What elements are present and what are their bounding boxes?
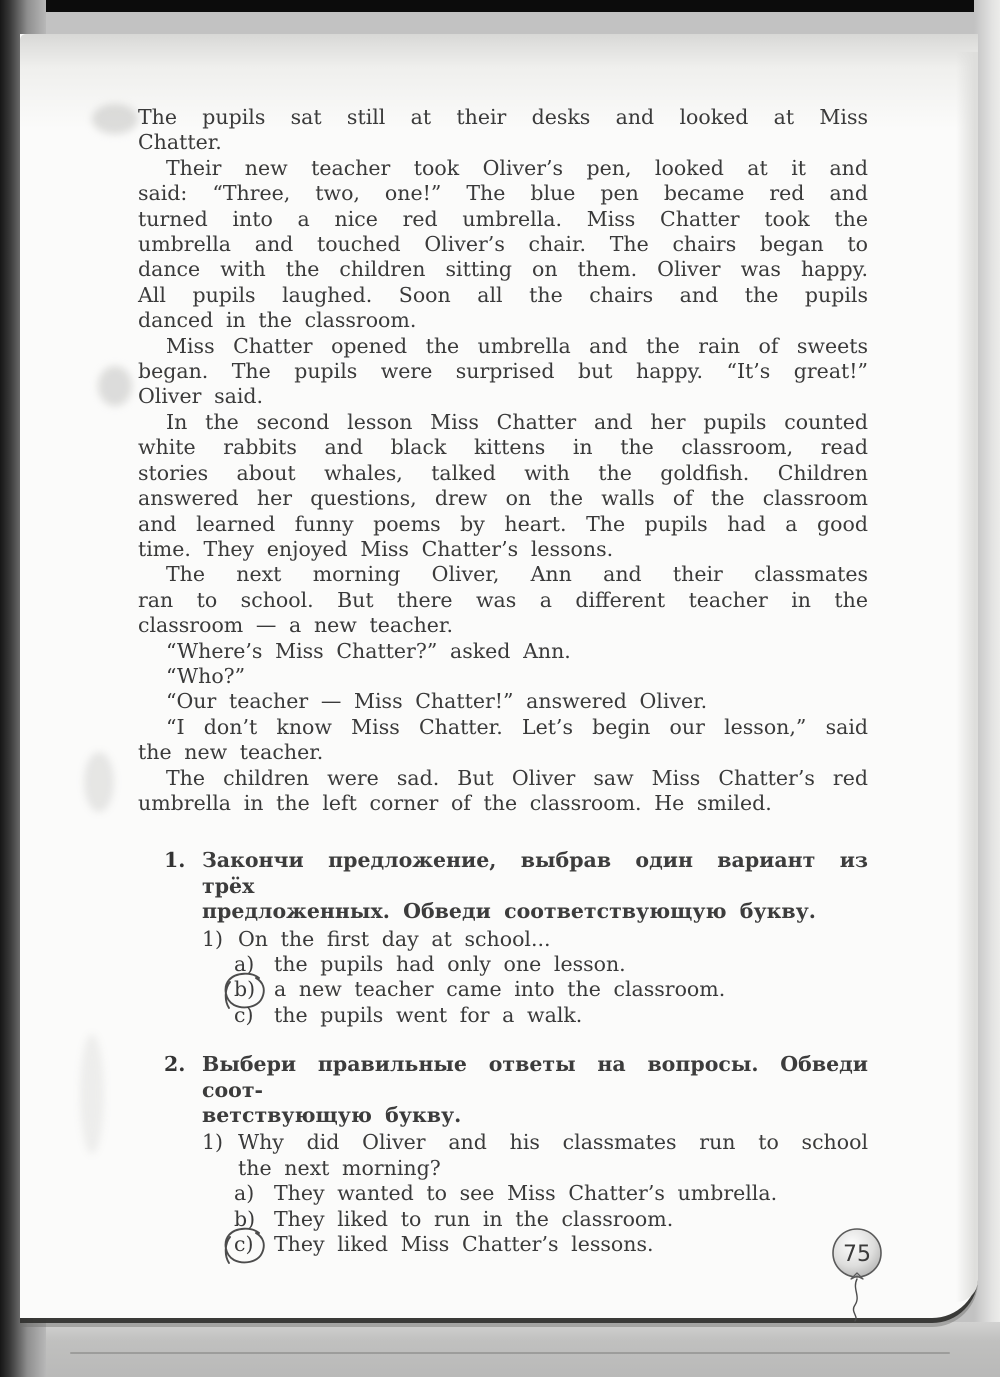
story-line: stories about whales, talked with the go…: [138, 461, 868, 486]
page-number-balloon: 75: [829, 1226, 889, 1322]
text-column: The pupils sat still at their desks and …: [138, 105, 868, 1257]
option-text: the pupils had only one lesson.: [274, 952, 868, 977]
page-number: 75: [843, 1242, 871, 1267]
story-paragraph: “I don’t know Miss Chatter. Let’s begin …: [138, 715, 868, 766]
story-line: and learned funny poems by heart. The pu…: [138, 512, 868, 537]
story-line: The children were sad. But Oliver saw Mi…: [138, 766, 868, 791]
option-letter: c): [234, 1232, 274, 1257]
exercise-number: 1.: [138, 848, 202, 1028]
option-row: a)They wanted to see Miss Chatter’s umbr…: [202, 1181, 868, 1206]
option-letter: b): [234, 977, 274, 1002]
scan-smudge: [98, 366, 132, 406]
exercise-instruction-line: ветствующую букву.: [202, 1103, 868, 1128]
exercise-instruction: Закончи предложение, выбрав один вариант…: [202, 848, 868, 924]
exercise-number: 2.: [138, 1052, 202, 1257]
story-line: white rabbits and black kittens in the c…: [138, 435, 868, 460]
question: 1)On the first day at school...: [202, 927, 868, 952]
story-line: Miss Chatter opened the umbrella and the…: [138, 334, 868, 359]
story-line: said: “Three, two, one!” The blue pen be…: [138, 181, 868, 206]
story-line: “Our teacher — Miss Chatter!” answered O…: [138, 689, 868, 714]
answer-circle-icon: [221, 1225, 271, 1269]
exercise-body: Выбери правильные ответы на вопросы. Обв…: [202, 1052, 868, 1257]
exercise: 2.Выбери правильные ответы на вопросы. О…: [138, 1052, 868, 1257]
scan-smudge: [92, 104, 138, 134]
question-line: the next morning?: [238, 1156, 868, 1181]
story-line: The next morning Oliver, Ann and their c…: [138, 562, 868, 587]
story-line: Their new teacher took Oliver’s pen, loo…: [138, 156, 868, 181]
question-body: On the first day at school...: [238, 927, 868, 952]
question-line: On the first day at school...: [238, 927, 868, 952]
scan-bottom-area: [0, 1322, 1000, 1377]
story-line: began. The pupils were surprised but hap…: [138, 359, 868, 384]
option-text: They liked Miss Chatter’s lessons.: [274, 1232, 868, 1257]
scan-smudge: [80, 1034, 104, 1154]
exercise-instruction-line: Выбери правильные ответы на вопросы. Обв…: [202, 1052, 868, 1103]
option-text: a new teacher came into the classroom.: [274, 977, 868, 1002]
option-row: c)the pupils went for a walk.: [202, 1003, 868, 1028]
exercise-body: Закончи предложение, выбрав один вариант…: [202, 848, 868, 1028]
story-line: answered her questions, drew on the wall…: [138, 486, 868, 511]
exercise-instruction-line: предложенных. Обведи соответствующую бук…: [202, 899, 868, 924]
exercise: 1.Закончи предложение, выбрав один вариа…: [138, 848, 868, 1028]
story-paragraph: The next morning Oliver, Ann and their c…: [138, 562, 868, 638]
story-line: turned into a nice red umbrella. Miss Ch…: [138, 207, 868, 232]
exercise-instruction: Выбери правильные ответы на вопросы. Обв…: [202, 1052, 868, 1128]
story-line: All pupils laughed. Soon all the chairs …: [138, 283, 868, 308]
page-stack-edge-line: [70, 1352, 950, 1354]
scan-top-strip: [0, 0, 1000, 12]
option-letter: b): [234, 1207, 274, 1232]
story-line: The pupils sat still at their desks and …: [138, 105, 868, 130]
story-paragraph: Their new teacher took Oliver’s pen, loo…: [138, 156, 868, 334]
question-body: Why did Oliver and his classmates run to…: [238, 1130, 868, 1181]
option-letter: a): [234, 1181, 274, 1206]
option-row: a)the pupils had only one lesson.: [202, 952, 868, 977]
story-line: “I don’t know Miss Chatter. Let’s begin …: [138, 715, 868, 740]
story-line: dance with the children sitting on them.…: [138, 257, 868, 282]
story-paragraph: The children were sad. But Oliver saw Mi…: [138, 766, 868, 817]
story-line: classroom — a new teacher.: [138, 613, 868, 638]
scanned-page-screenshot: The pupils sat still at their desks and …: [0, 0, 1000, 1377]
story-line: Oliver said.: [138, 384, 868, 409]
option-row: c)They liked Miss Chatter’s lessons.: [202, 1232, 868, 1257]
option-letter: c): [234, 1003, 274, 1028]
story-paragraph: “Where’s Miss Chatter?” asked Ann.: [138, 639, 868, 664]
question-number: 1): [202, 927, 238, 952]
story-line: “Where’s Miss Chatter?” asked Ann.: [138, 639, 868, 664]
option-row: b)They liked to run in the classroom.: [202, 1207, 868, 1232]
option-text: They liked to run in the classroom.: [274, 1207, 868, 1232]
page-right-shadow: [956, 52, 978, 1302]
story-line: Chatter.: [138, 130, 868, 155]
story-paragraph: The pupils sat still at their desks and …: [138, 105, 868, 156]
story-paragraph: Miss Chatter opened the umbrella and the…: [138, 334, 868, 410]
story-paragraph: In the second lesson Miss Chatter and he…: [138, 410, 868, 562]
book-page: The pupils sat still at their desks and …: [20, 34, 978, 1318]
option-text: They wanted to see Miss Chatter’s umbrel…: [274, 1181, 868, 1206]
exercise-instruction-line: Закончи предложение, выбрав один вариант…: [202, 848, 868, 899]
story-line: ran to school. But there was a different…: [138, 588, 868, 613]
story-line: danced in the classroom.: [138, 308, 868, 333]
question: 1)Why did Oliver and his classmates run …: [202, 1130, 868, 1181]
story-line: umbrella and touched Oliver’s chair. The…: [138, 232, 868, 257]
story: The pupils sat still at their desks and …: [138, 105, 868, 816]
story-line: time. They enjoyed Miss Chatter’s lesson…: [138, 537, 868, 562]
story-line: “Who?”: [138, 664, 868, 689]
option-letter: a): [234, 952, 274, 977]
question-number: 1): [202, 1130, 238, 1181]
option-text: the pupils went for a walk.: [274, 1003, 868, 1028]
story-line: umbrella in the left corner of the class…: [138, 791, 868, 816]
balloon-string: [853, 1279, 857, 1321]
story-line: In the second lesson Miss Chatter and he…: [138, 410, 868, 435]
story-paragraph: “Who?”: [138, 664, 868, 689]
scan-smudge: [84, 752, 114, 812]
option-row: b)a new teacher came into the classroom.: [202, 977, 868, 1002]
story-line: the new teacher.: [138, 740, 868, 765]
question-line: Why did Oliver and his classmates run to…: [238, 1130, 868, 1155]
exercises: 1.Закончи предложение, выбрав один вариа…: [138, 848, 868, 1257]
story-paragraph: “Our teacher — Miss Chatter!” answered O…: [138, 689, 868, 714]
